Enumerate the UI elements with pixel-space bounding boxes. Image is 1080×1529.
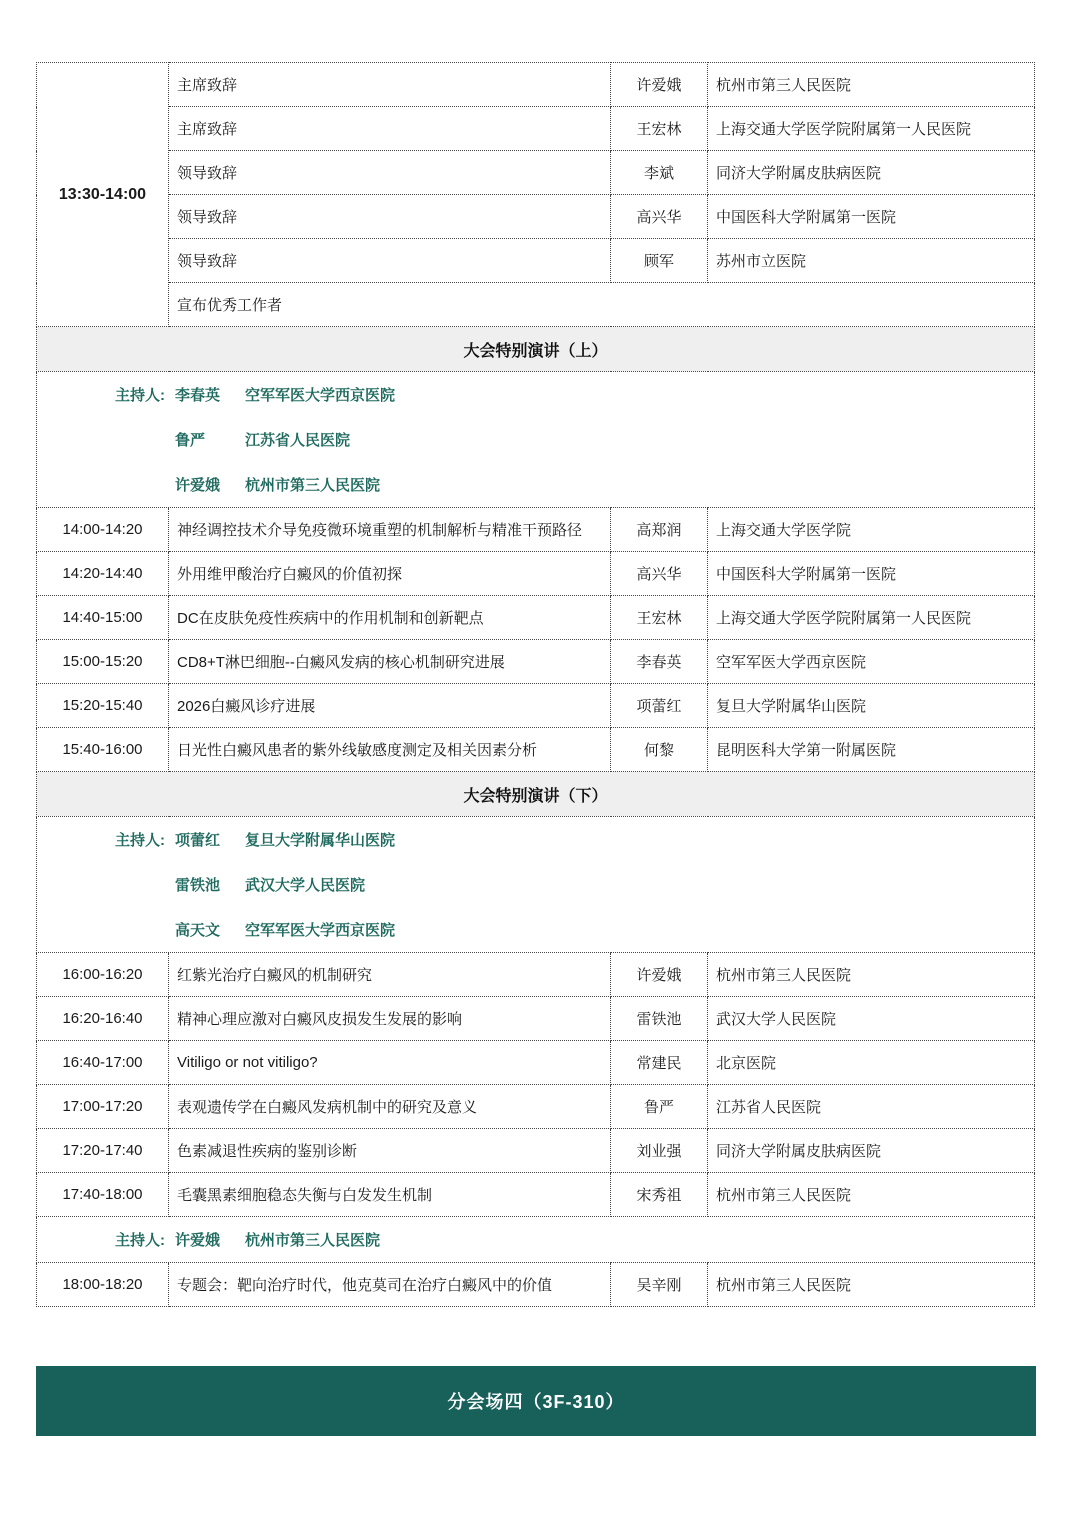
chairs-row: 主持人: 李春英 空军军医大学西京医院 鲁严 江苏省人民医院 许爱娥 杭州市第三…	[37, 372, 1035, 508]
table-row: 16:00-16:20 红紫光治疗白癜风的机制研究 许爱娥 杭州市第三人民医院	[37, 953, 1035, 997]
time-cell: 15:20-15:40	[37, 684, 169, 728]
affiliation: 杭州市第三人民医院	[708, 1173, 1035, 1217]
table-row: 主席致辞王宏林上海交通大学医学院附属第一人民医院	[37, 107, 1035, 151]
talk-title: 表观遗传学在白癜风发病机制中的研究及意义	[169, 1085, 611, 1129]
chair-name: 许爱娥	[175, 1229, 245, 1250]
chair-name: 许爱娥	[175, 474, 245, 495]
schedule-table: 13:30-14:00主席致辞许爱娥杭州市第三人民医院主席致辞王宏林上海交通大学…	[36, 62, 1035, 1307]
speaker-name: 高郑润	[611, 508, 708, 552]
chair-affiliation: 江苏省人民医院	[245, 429, 1026, 450]
time-cell: 16:00-16:20	[37, 953, 169, 997]
time-cell: 17:40-18:00	[37, 1173, 169, 1217]
chairs-row: 主持人: 项蕾红 复旦大学附属华山医院 雷铁池 武汉大学人民医院 高天文 空军军…	[37, 817, 1035, 953]
section-header: 大会特别演讲（下）	[37, 772, 1035, 817]
time-cell: 16:20-16:40	[37, 997, 169, 1041]
table-row: 13:30-14:00主席致辞许爱娥杭州市第三人民医院	[37, 63, 1035, 107]
table-row: 15:20-15:40 2026白癜风诊疗进展 项蕾红 复旦大学附属华山医院	[37, 684, 1035, 728]
table-row: 15:40-16:00 日光性白癜风患者的紫外线敏感度测定及相关因素分析 何黎 …	[37, 728, 1035, 772]
affiliation: 复旦大学附属华山医院	[708, 684, 1035, 728]
talk-title: 精神心理应激对白癜风皮损发生发展的影响	[169, 997, 611, 1041]
speaker-name: 顾军	[611, 239, 708, 283]
speaker-name: 高兴华	[611, 195, 708, 239]
speaker-name: 王宏林	[611, 107, 708, 151]
table-row: 宣布优秀工作者	[37, 283, 1035, 327]
table-row: 17:40-18:00 毛囊黑素细胞稳态失衡与白发发生机制 宋秀祖 杭州市第三人…	[37, 1173, 1035, 1217]
chair-line: 鲁严 江苏省人民医院	[115, 417, 1026, 462]
table-row: 18:00-18:20 专题会：靶向治疗时代，他克莫司在治疗白癜风中的价值 吴辛…	[37, 1263, 1035, 1307]
affiliation: 武汉大学人民医院	[708, 997, 1035, 1041]
chair-line: 许爱娥 杭州市第三人民医院	[115, 462, 1026, 507]
affiliation: 江苏省人民医院	[708, 1085, 1035, 1129]
table-row: 16:20-16:40 精神心理应激对白癜风皮损发生发展的影响 雷铁池 武汉大学…	[37, 997, 1035, 1041]
chair-line: 高天文 空军军医大学西京医院	[115, 907, 1026, 952]
chair-name: 项蕾红	[175, 829, 245, 850]
talk-title: 外用维甲酸治疗白癜风的价值初探	[169, 552, 611, 596]
speaker-name: 常建民	[611, 1041, 708, 1085]
table-row: 14:20-14:40 外用维甲酸治疗白癜风的价值初探 高兴华 中国医科大学附属…	[37, 552, 1035, 596]
affiliation: 北京医院	[708, 1041, 1035, 1085]
talk-title: 日光性白癜风患者的紫外线敏感度测定及相关因素分析	[169, 728, 611, 772]
affiliation: 同济大学附属皮肤病医院	[708, 151, 1035, 195]
talk-title: 专题会：靶向治疗时代，他克莫司在治疗白癜风中的价值	[169, 1263, 611, 1307]
talk-title: 色素减退性疾病的鉴别诊断	[169, 1129, 611, 1173]
talk-title: 神经调控技术介导免疫微环境重塑的机制解析与精准干预路径	[169, 508, 611, 552]
time-cell: 15:00-15:20	[37, 640, 169, 684]
conference-program-page: 13:30-14:00主席致辞许爱娥杭州市第三人民医院主席致辞王宏林上海交通大学…	[0, 0, 1080, 1529]
speaker-name: 项蕾红	[611, 684, 708, 728]
talk-title: 2026白癜风诊疗进展	[169, 684, 611, 728]
time-cell: 14:20-14:40	[37, 552, 169, 596]
table-row: 17:20-17:40 色素减退性疾病的鉴别诊断 刘业强 同济大学附属皮肤病医院	[37, 1129, 1035, 1173]
table-row: 14:40-15:00 DC在皮肤免疫性疾病中的作用机制和创新靶点 王宏林 上海…	[37, 596, 1035, 640]
chair-name: 高天文	[175, 919, 245, 940]
chair-line: 主持人: 李春英 空军军医大学西京医院	[115, 372, 1026, 417]
next-session-banner: 分会场四（3F-310）	[36, 1366, 1036, 1436]
chair-affiliation: 杭州市第三人民医院	[245, 1229, 1026, 1250]
affiliation: 上海交通大学医学院	[708, 508, 1035, 552]
chairs-row: 主持人: 许爱娥 杭州市第三人民医院	[37, 1217, 1035, 1263]
banner-title: 分会场四（3F-310）	[447, 1388, 624, 1414]
table-row: 领导致辞李斌同济大学附属皮肤病医院	[37, 151, 1035, 195]
speaker-name: 何黎	[611, 728, 708, 772]
table-row: 16:40-17:00 Vitiligo or not vitiligo? 常建…	[37, 1041, 1035, 1085]
affiliation: 杭州市第三人民医院	[708, 63, 1035, 107]
speaker-name: 许爱娥	[611, 63, 708, 107]
talk-title: 领导致辞	[169, 195, 611, 239]
table-row: 17:00-17:20 表观遗传学在白癜风发病机制中的研究及意义 鲁严 江苏省人…	[37, 1085, 1035, 1129]
chairs-label: 主持人:	[115, 829, 175, 850]
time-cell: 15:40-16:00	[37, 728, 169, 772]
chairs-label: 主持人:	[115, 384, 175, 405]
affiliation: 上海交通大学医学院附属第一人民医院	[708, 107, 1035, 151]
chair-line: 主持人: 项蕾红 复旦大学附属华山医院	[115, 817, 1026, 862]
speaker-name: 李斌	[611, 151, 708, 195]
time-cell: 14:40-15:00	[37, 596, 169, 640]
time-cell: 14:00-14:20	[37, 508, 169, 552]
affiliation: 杭州市第三人民医院	[708, 953, 1035, 997]
table-row: 14:00-14:20 神经调控技术介导免疫微环境重塑的机制解析与精准干预路径 …	[37, 508, 1035, 552]
table-row: 15:00-15:20 CD8+T淋巴细胞--白癜风发病的核心机制研究进展 李春…	[37, 640, 1035, 684]
chair-line: 主持人: 许爱娥 杭州市第三人民医院	[115, 1217, 1026, 1262]
time-cell: 13:30-14:00	[37, 63, 169, 327]
time-cell: 17:20-17:40	[37, 1129, 169, 1173]
time-cell: 16:40-17:00	[37, 1041, 169, 1085]
section-header-row: 大会特别演讲（下）	[37, 772, 1035, 817]
speaker-name: 宋秀祖	[611, 1173, 708, 1217]
talk-title: Vitiligo or not vitiligo?	[169, 1041, 611, 1085]
talk-title: 主席致辞	[169, 107, 611, 151]
chair-affiliation: 复旦大学附属华山医院	[245, 829, 1026, 850]
talk-title: 毛囊黑素细胞稳态失衡与白发发生机制	[169, 1173, 611, 1217]
speaker-name: 鲁严	[611, 1085, 708, 1129]
chair-affiliation: 武汉大学人民医院	[245, 874, 1026, 895]
chair-affiliation: 杭州市第三人民医院	[245, 474, 1026, 495]
chair-name: 鲁严	[175, 429, 245, 450]
talk-title: CD8+T淋巴细胞--白癜风发病的核心机制研究进展	[169, 640, 611, 684]
affiliation: 苏州市立医院	[708, 239, 1035, 283]
talk-title: DC在皮肤免疫性疾病中的作用机制和创新靶点	[169, 596, 611, 640]
talk-title: 主席致辞	[169, 63, 611, 107]
chair-name: 李春英	[175, 384, 245, 405]
chair-line: 雷铁池 武汉大学人民医院	[115, 862, 1026, 907]
talk-title: 领导致辞	[169, 151, 611, 195]
speaker-name: 吴辛刚	[611, 1263, 708, 1307]
chair-name: 雷铁池	[175, 874, 245, 895]
affiliation: 上海交通大学医学院附属第一人民医院	[708, 596, 1035, 640]
speaker-name: 高兴华	[611, 552, 708, 596]
talk-title: 领导致辞	[169, 239, 611, 283]
table-row: 领导致辞高兴华中国医科大学附属第一医院	[37, 195, 1035, 239]
affiliation: 中国医科大学附属第一医院	[708, 552, 1035, 596]
section-header: 大会特别演讲（上）	[37, 327, 1035, 372]
section-header-row: 大会特别演讲（上）	[37, 327, 1035, 372]
speaker-name: 雷铁池	[611, 997, 708, 1041]
talk-title: 宣布优秀工作者	[169, 283, 1035, 327]
chairs-block: 主持人: 李春英 空军军医大学西京医院 鲁严 江苏省人民医院 许爱娥 杭州市第三…	[37, 372, 1035, 508]
speaker-name: 许爱娥	[611, 953, 708, 997]
speaker-name: 刘业强	[611, 1129, 708, 1173]
time-cell: 17:00-17:20	[37, 1085, 169, 1129]
affiliation: 昆明医科大学第一附属医院	[708, 728, 1035, 772]
affiliation: 杭州市第三人民医院	[708, 1263, 1035, 1307]
speaker-name: 王宏林	[611, 596, 708, 640]
talk-title: 红紫光治疗白癜风的机制研究	[169, 953, 611, 997]
affiliation: 同济大学附属皮肤病医院	[708, 1129, 1035, 1173]
speaker-name: 李春英	[611, 640, 708, 684]
affiliation: 空军军医大学西京医院	[708, 640, 1035, 684]
chairs-label: 主持人:	[115, 1229, 175, 1250]
affiliation: 中国医科大学附属第一医院	[708, 195, 1035, 239]
chairs-block: 主持人: 许爱娥 杭州市第三人民医院	[37, 1217, 1035, 1263]
chair-affiliation: 空军军医大学西京医院	[245, 919, 1026, 940]
chair-affiliation: 空军军医大学西京医院	[245, 384, 1026, 405]
table-row: 领导致辞顾军苏州市立医院	[37, 239, 1035, 283]
time-cell: 18:00-18:20	[37, 1263, 169, 1307]
chairs-block: 主持人: 项蕾红 复旦大学附属华山医院 雷铁池 武汉大学人民医院 高天文 空军军…	[37, 817, 1035, 953]
